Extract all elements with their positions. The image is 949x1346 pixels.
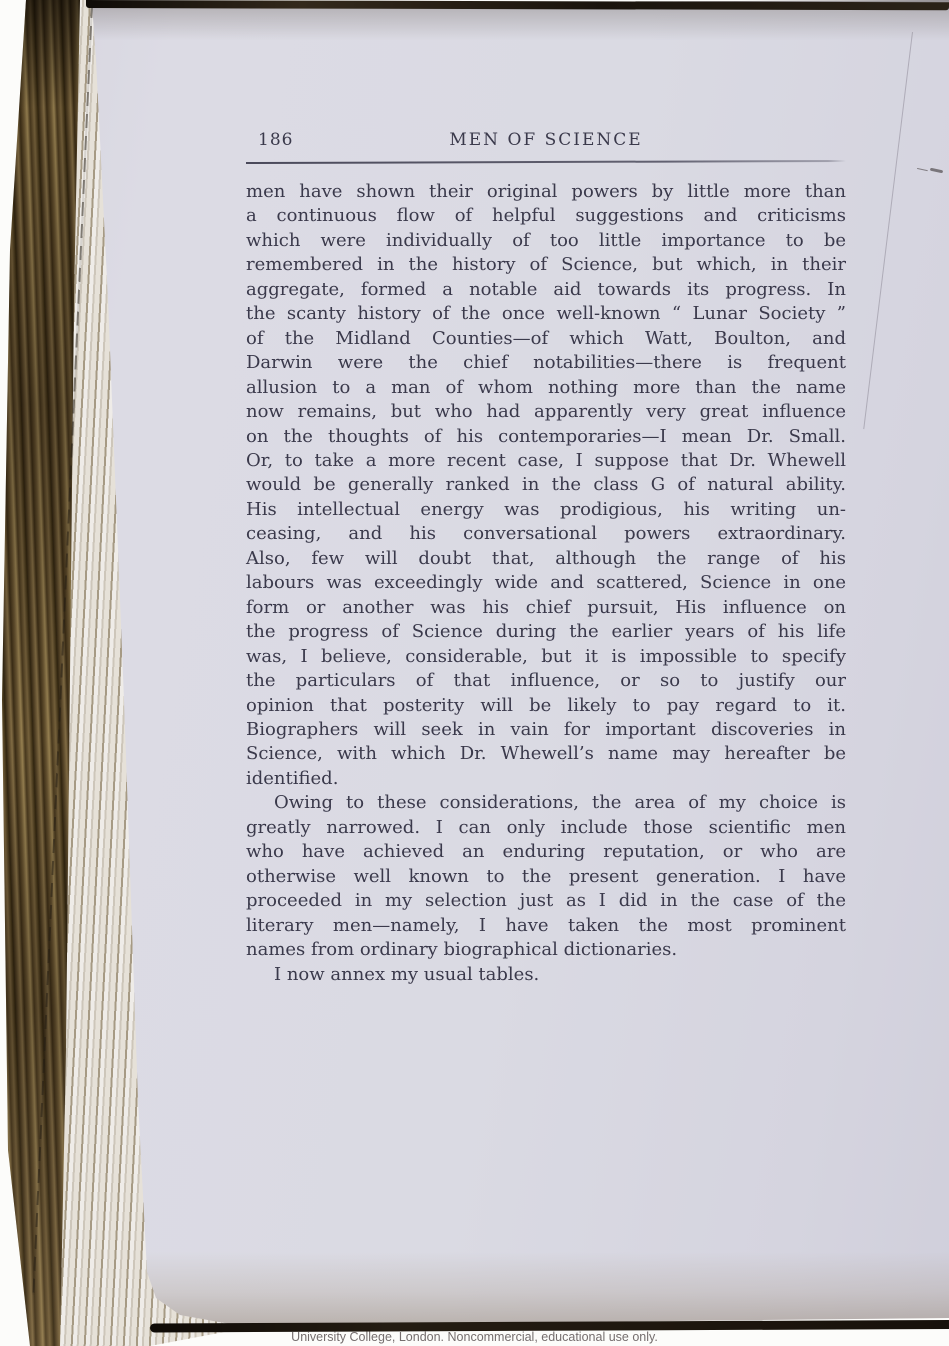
text-line: allusion to a man of whom nothing more t… — [246, 376, 846, 400]
paragraph: I now annex my usual tables. — [246, 963, 846, 987]
text-line: literary men—namely, I have taken the mo… — [246, 914, 846, 938]
text-line: Darwin were the chief notabilities—there… — [246, 351, 846, 375]
text-line: of the Midland Counties—of which Watt, B… — [246, 327, 846, 351]
text-line: Science, with which Dr. Whewell’s name m… — [246, 742, 846, 766]
page-header-title: MEN OF SCIENCE — [246, 130, 846, 150]
text-line: otherwise well known to the present gene… — [246, 865, 846, 889]
scanned-book-photo: 186 MEN OF SCIENCE men have shown their … — [0, 0, 949, 1346]
text-line: greatly narrowed. I can only include tho… — [246, 816, 846, 840]
page-body: men have shown their original powers by … — [246, 180, 846, 987]
text-line: Owing to these considerations, the area … — [246, 791, 846, 815]
printed-content: 186 MEN OF SCIENCE men have shown their … — [246, 130, 846, 987]
text-line: labours was exceedingly wide and scatter… — [246, 571, 846, 595]
text-line: would be generally ranked in the class G… — [246, 473, 846, 497]
paragraph: men have shown their original powers by … — [246, 180, 846, 791]
text-line: opinion that posterity will be likely to… — [246, 694, 846, 718]
text-line: identified. — [246, 767, 846, 791]
text-line: a continuous flow of helpful suggestions… — [246, 204, 846, 228]
paragraph: Owing to these considerations, the area … — [246, 791, 846, 962]
running-header: 186 MEN OF SCIENCE — [246, 130, 846, 152]
text-line: on the thoughts of his contemporaries—I … — [246, 425, 846, 449]
text-line: I now annex my usual tables. — [246, 963, 846, 987]
text-line: names from ordinary biographical diction… — [246, 938, 846, 962]
text-line: now remains, but who had apparently very… — [246, 400, 846, 424]
text-line: aggregate, formed a notable aid towards … — [246, 278, 846, 302]
attribution-caption: University College, London. Noncommercia… — [0, 1330, 949, 1344]
text-line: Biographers will seek in vain for import… — [246, 718, 846, 742]
text-line: men have shown their original powers by … — [246, 180, 846, 204]
text-line: proceeded in my selection just as I did … — [246, 889, 846, 913]
text-line: which were individually of too little im… — [246, 229, 846, 253]
text-line: remembered in the history of Science, bu… — [246, 253, 846, 277]
text-line: the particulars of that influence, or so… — [246, 669, 846, 693]
text-line: form or another was his chief pursuit, H… — [246, 596, 846, 620]
text-line: the scanty history of the once well-know… — [246, 302, 846, 326]
text-line: was, I believe, considerable, but it is … — [246, 645, 846, 669]
text-line: Also, few will doubt that, although the … — [246, 547, 846, 571]
text-line: Or, to take a more recent case, I suppos… — [246, 449, 846, 473]
text-line: ceasing, and his conversational powers e… — [246, 522, 846, 546]
text-line: His intellectual energy was prodigious, … — [246, 498, 846, 522]
header-rule-divider — [246, 160, 846, 164]
text-line: who have achieved an enduring reputation… — [246, 840, 846, 864]
text-line: the progress of Science during the earli… — [246, 620, 846, 644]
